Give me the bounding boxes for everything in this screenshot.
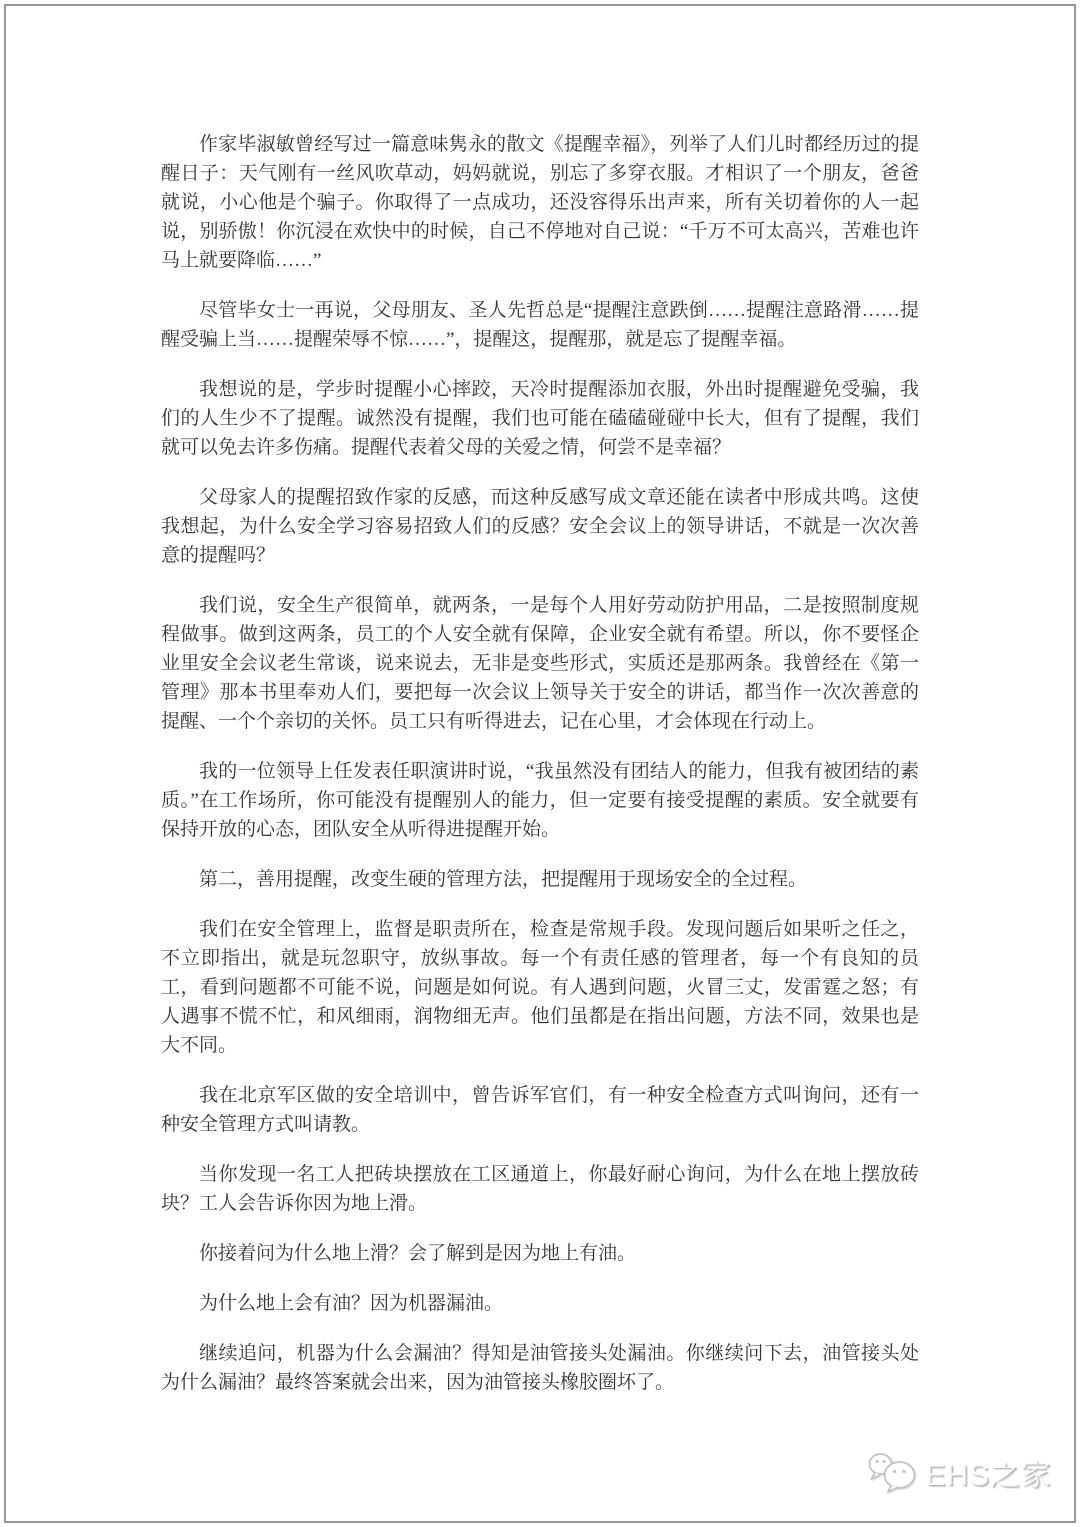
paragraph: 作家毕淑敏曾经写过一篇意味隽永的散文《提醒幸福》，列举了人们儿时都经历过的提醒日… xyxy=(161,130,919,275)
document-body: 作家毕淑敏曾经写过一篇意味隽永的散文《提醒幸福》，列举了人们儿时都经历过的提醒日… xyxy=(161,130,919,1418)
paragraph: 我想说的是，学步时提醒小心摔跤，天冷时提醒添加衣服，外出时提醒避免受骗，我们的人… xyxy=(161,375,919,462)
paragraph: 我们说，安全生产很简单，就两条，一是每个人用好劳动防护用品，二是按照制度规程做事… xyxy=(161,591,919,736)
wechat-icon xyxy=(867,1450,919,1494)
paragraph: 你接着问为什么地上滑？会了解到是因为地上有油。 xyxy=(161,1239,919,1268)
paragraph: 尽管毕女士一再说，父母朋友、圣人先哲总是“提醒注意跌倒……提醒注意路滑……提醒受… xyxy=(161,296,919,354)
paragraph: 继续追问，机器为什么会漏油？得知是油管接头处漏油。你继续问下去，油管接头处为什么… xyxy=(161,1339,919,1397)
paragraph: 第二，善用提醒，改变生硬的管理方法，把提醒用于现场安全的全过程。 xyxy=(161,865,919,894)
paragraph: 我们在安全管理上，监督是职责所在，检查是常规手段。发现问题后如果听之任之，不立即… xyxy=(161,915,919,1060)
paragraph: 父母家人的提醒招致作家的反感，而这种反感写成文章还能在读者中形成共鸣。这使我想起… xyxy=(161,483,919,570)
paragraph: 为什么地上会有油？因为机器漏油。 xyxy=(161,1289,919,1318)
paragraph: 我的一位领导上任发表任职演讲时说，“我虽然没有团结人的能力，但我有被团结的素质。… xyxy=(161,757,919,844)
watermark: EHS之家 xyxy=(867,1450,1052,1494)
paragraph: 当你发现一名工人把砖块摆放在工区通道上，你最好耐心询问，为什么在地上摆放砖块？工… xyxy=(161,1160,919,1218)
watermark-label: EHS之家 xyxy=(925,1450,1052,1494)
page: 作家毕淑敏曾经写过一篇意味隽永的散文《提醒幸福》，列举了人们儿时都经历过的提醒日… xyxy=(0,0,1080,1527)
paragraph: 我在北京军区做的安全培训中，曾告诉军官们，有一种安全检查方式叫询问，还有一种安全… xyxy=(161,1081,919,1139)
